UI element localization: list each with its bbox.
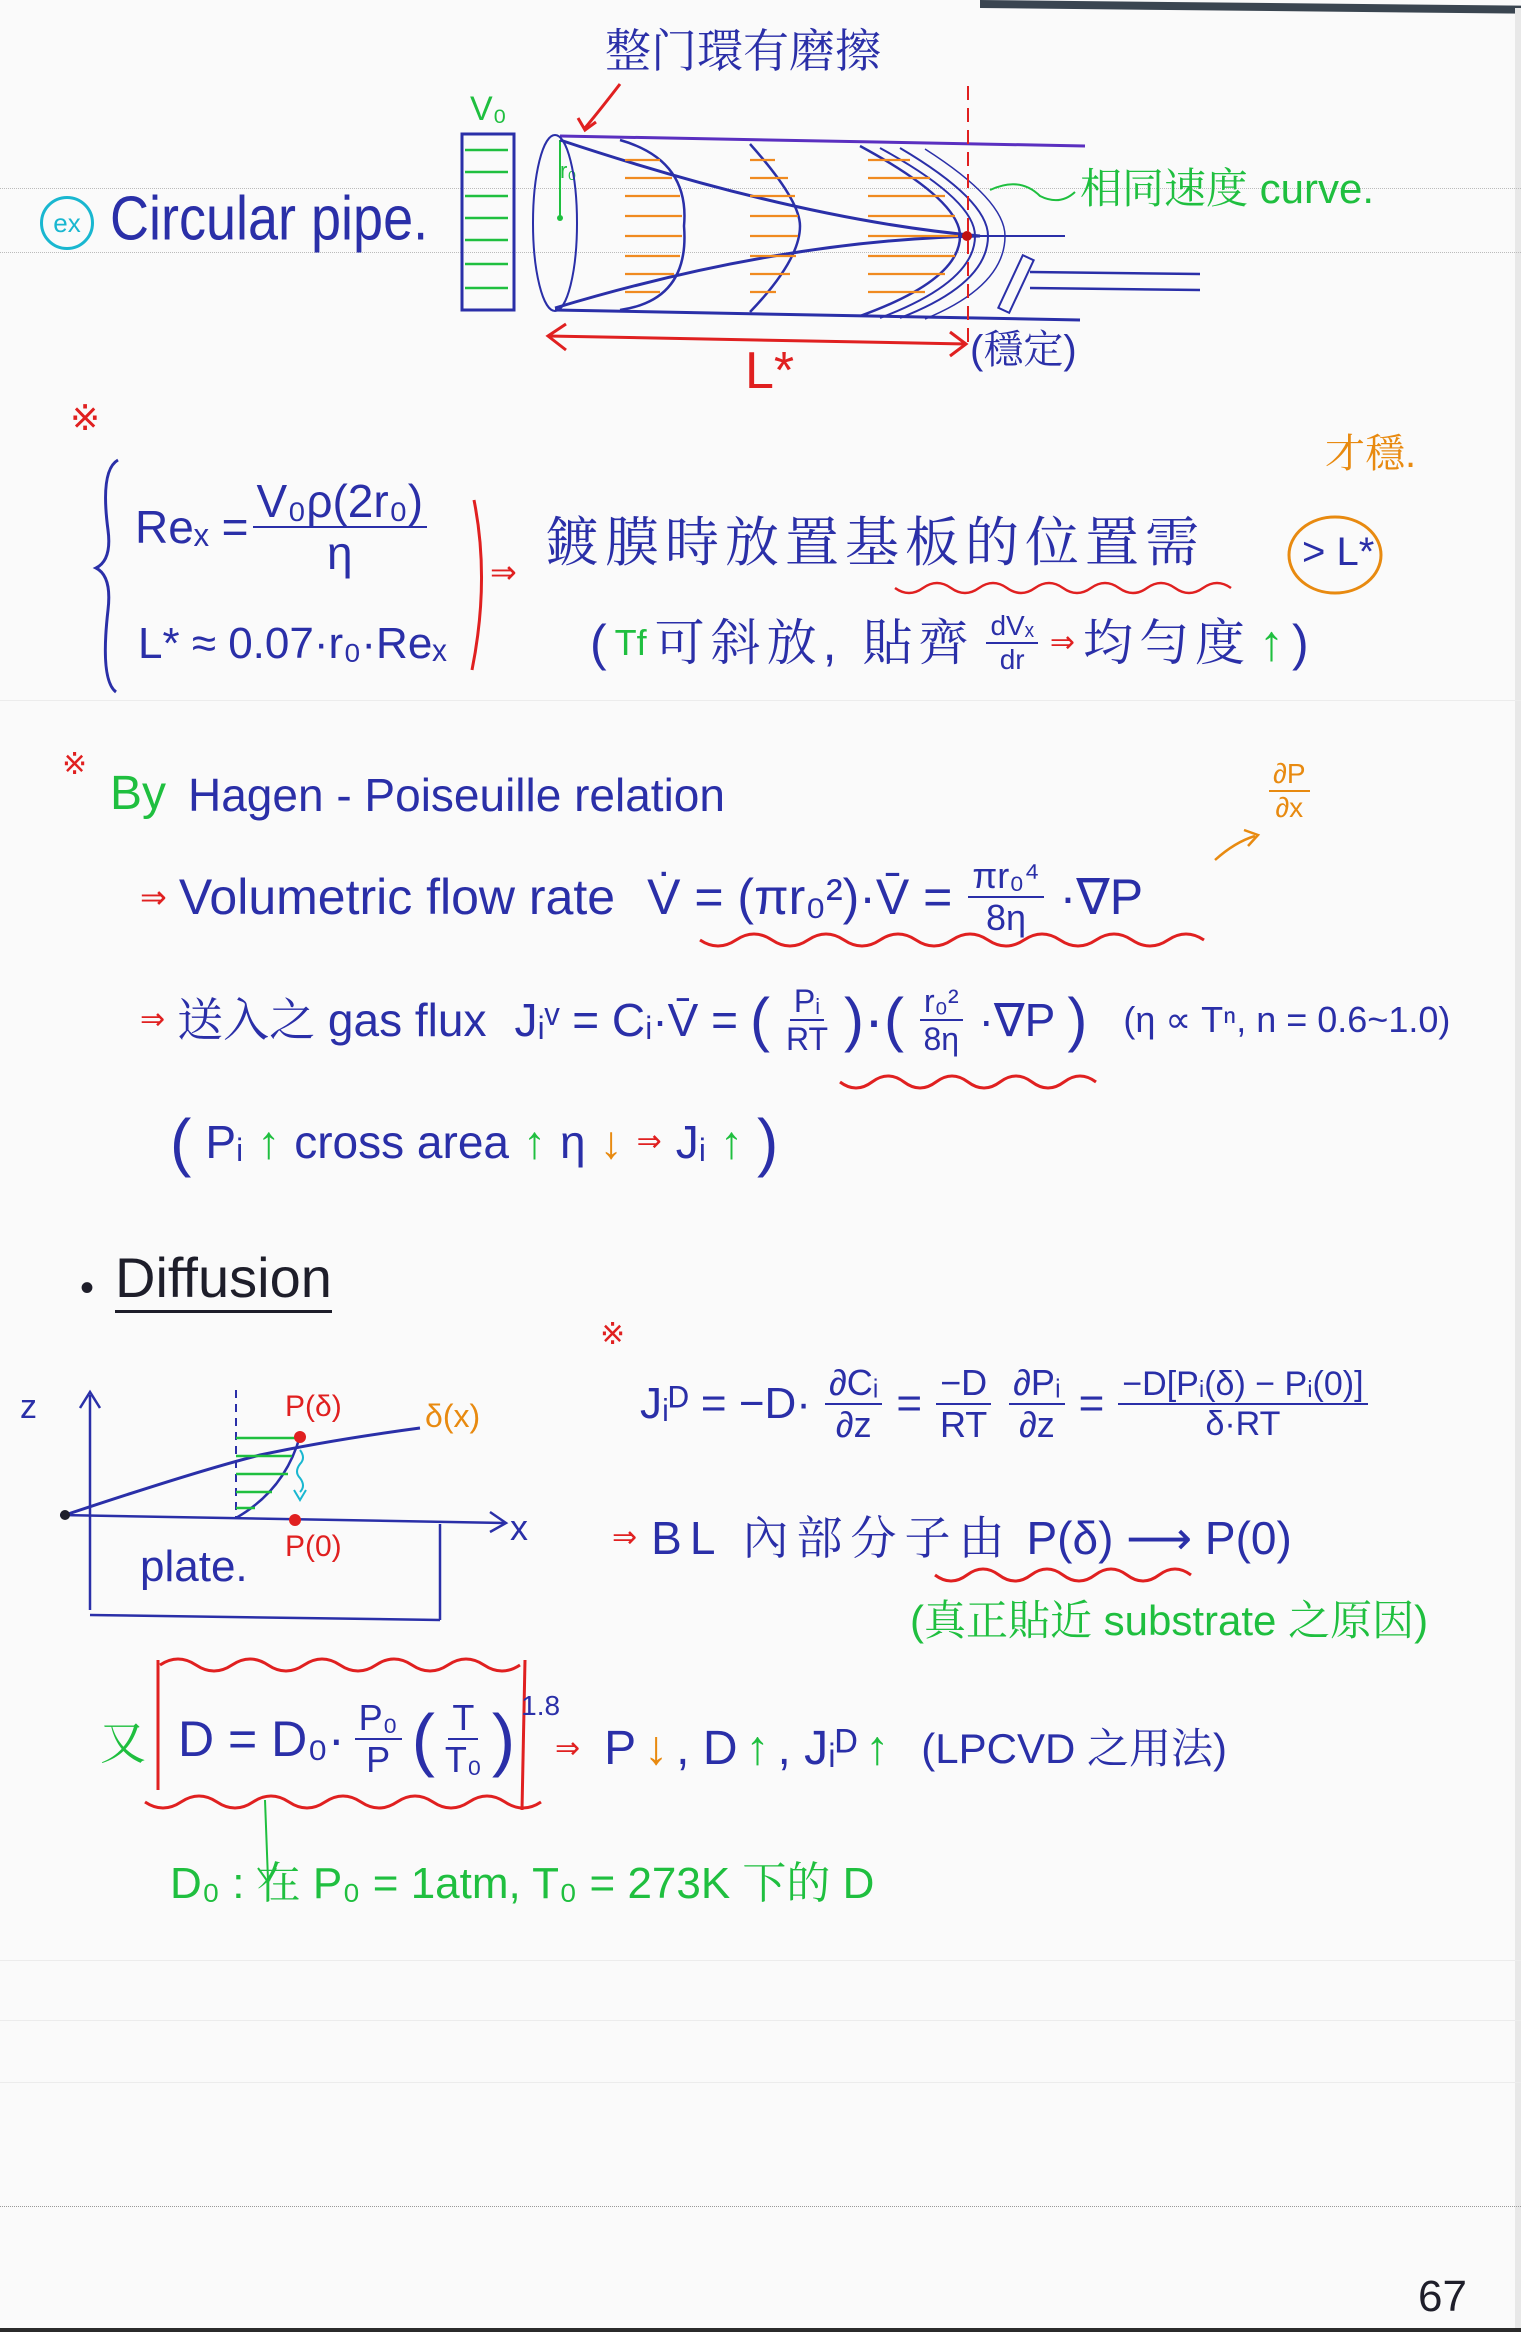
paren-close: ) — [492, 1704, 515, 1774]
also-prefix: 又 — [100, 1720, 146, 1766]
diffusivity-result-line: ⇒ P ↓ , D ↑ , Jᵢᴰ ↑ (LPCVD 之用法) — [555, 1725, 1227, 1773]
diffusivity-formula: D = D₀· P₀ P ( T T₀ ) 1.8 — [178, 1700, 560, 1778]
pressure: P — [604, 1725, 636, 1773]
exponent: 1.8 — [521, 1692, 560, 1720]
paren-open: ( — [412, 1704, 435, 1774]
p0-num: P₀ — [355, 1700, 402, 1740]
diffusion-flux: , Jᵢᴰ — [778, 1725, 858, 1773]
implies-arrow: ⇒ — [555, 1734, 580, 1764]
d-formula-box — [0, 0, 1521, 2332]
up-arrow-icon: ↑ — [746, 1725, 770, 1773]
lpcvd-note: (LPCVD 之用法) — [921, 1728, 1227, 1770]
t0-den: T₀ — [445, 1740, 482, 1778]
pressure-ratio-fraction: P₀ P — [355, 1700, 402, 1778]
diffusivity: , D — [676, 1725, 737, 1773]
down-arrow-icon: ↓ — [644, 1725, 668, 1773]
page-number: 67 — [1418, 2275, 1467, 2319]
p-den: P — [366, 1740, 390, 1778]
diffusivity-lhs: D = D₀· — [178, 1714, 345, 1764]
t-num: T — [448, 1700, 478, 1740]
temperature-ratio-fraction: T T₀ — [445, 1700, 482, 1778]
notebook-page: ex Circular pipe. 整门環有磨擦 V₀ r₀ 相同速度 curv… — [0, 0, 1521, 2332]
d0-definition-note: D₀ : 在 P₀ = 1atm, T₀ = 273K 下的 D — [170, 1862, 874, 1906]
up-arrow-icon: ↑ — [865, 1725, 889, 1773]
